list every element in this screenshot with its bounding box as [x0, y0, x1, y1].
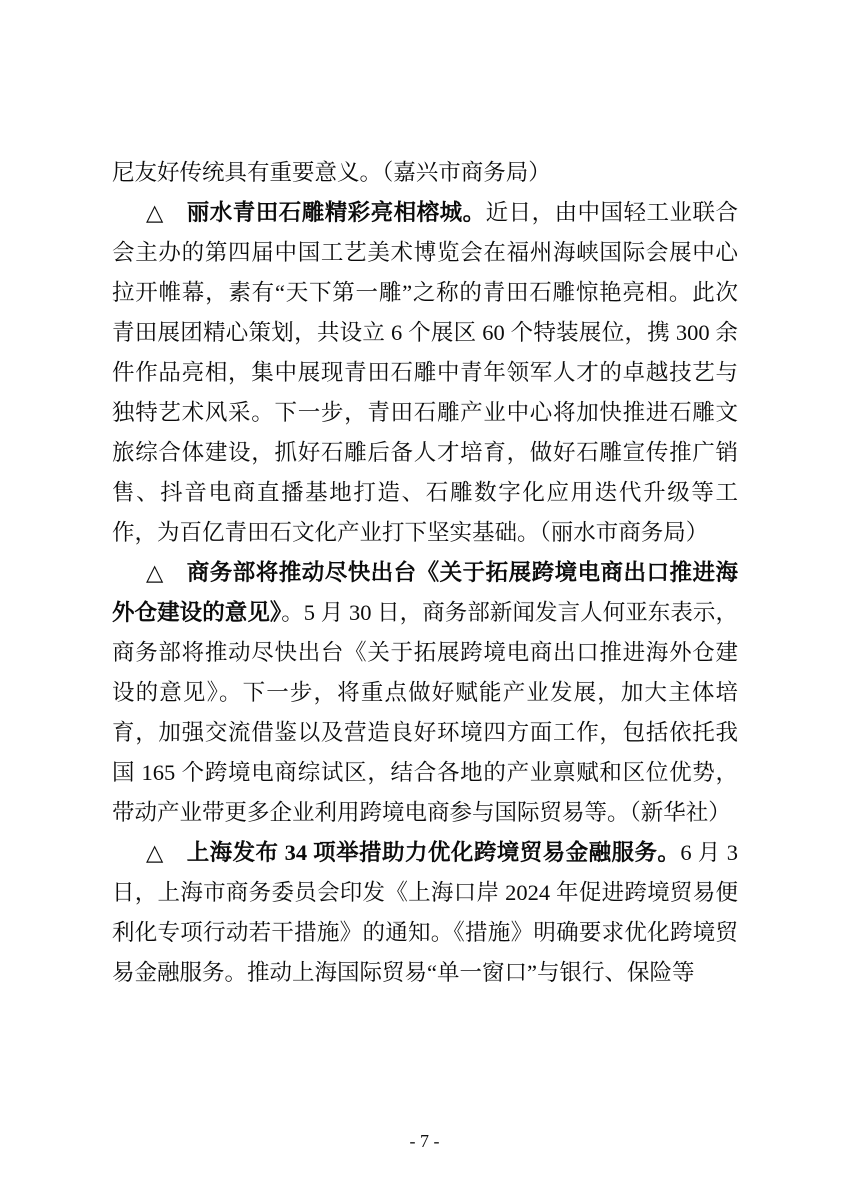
- document-body: 尼友好传统具有重要意义。（嘉兴市商务局）△ 丽水青田石雕精彩亮相榕城。近日，由中…: [112, 153, 738, 993]
- body-text-run: 尼友好传统具有重要意义。（嘉兴市商务局）: [112, 160, 551, 185]
- bold-heading-run: △ 上海发布 34 项举措助力优化跨境贸易金融服务。: [146, 840, 680, 865]
- paragraph: 尼友好传统具有重要意义。（嘉兴市商务局）: [112, 153, 738, 193]
- body-text-run: 近日，由中国轻工业联合会主办的第四届中国工艺美术博览会在福州海峡国际会展中心拉开…: [112, 200, 738, 545]
- paragraph: △ 上海发布 34 项举措助力优化跨境贸易金融服务。6 月 3 日，上海市商务委…: [112, 833, 738, 993]
- paragraph: △ 商务部将推动尽快出台《关于拓展跨境电商出口推进海外仓建设的意见》。5 月 3…: [112, 553, 738, 833]
- bold-heading-run: △ 丽水青田石雕精彩亮相榕城。: [146, 200, 486, 225]
- document-page: 尼友好传统具有重要意义。（嘉兴市商务局）△ 丽水青田石雕精彩亮相榕城。近日，由中…: [0, 0, 849, 1200]
- paragraph: △ 丽水青田石雕精彩亮相榕城。近日，由中国轻工业联合会主办的第四届中国工艺美术博…: [112, 193, 738, 553]
- page-number: - 7 -: [0, 1129, 849, 1153]
- body-text-run: 。5 月 30 日，商务部新闻发言人何亚东表示，商务部将推动尽快出台《关于拓展跨…: [112, 600, 738, 825]
